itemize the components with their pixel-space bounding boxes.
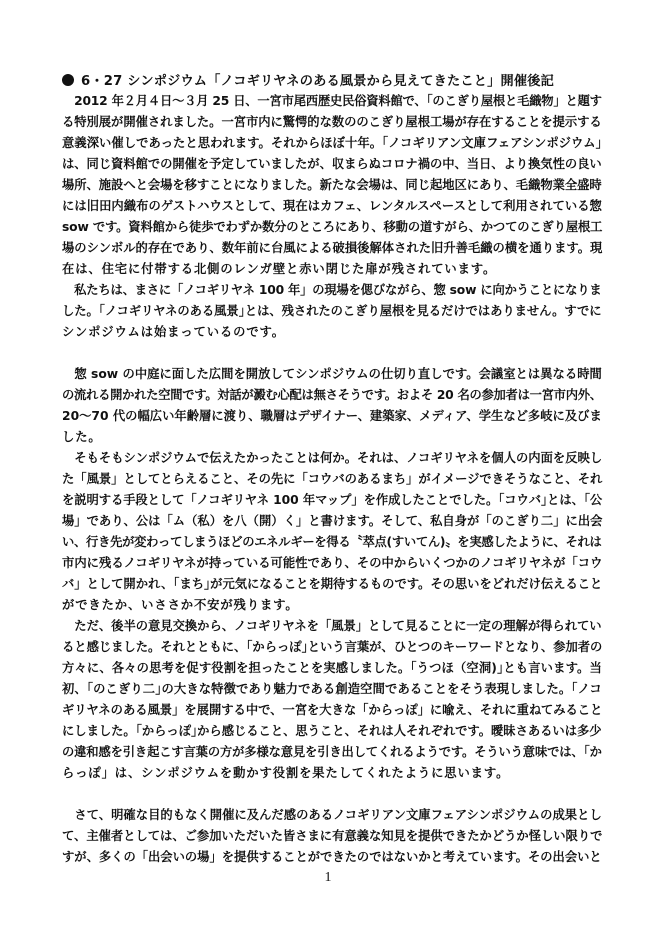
paragraph-line: した。｢ノコギリヤネのある風景｣とは、残されたのこぎり屋根を見るだけではありませ… — [62, 303, 602, 319]
paragraph-line: sow です。資料館から徒歩でわずか数分のところにあり、移動の道すがら、かつての… — [62, 219, 602, 235]
paragraph-line: は、同じ資料館での開催を予定していましたが、収まらぬコロナ禍の中、当日、より換気… — [62, 156, 602, 172]
paragraph-line: さて、明確な目的もなく開催に及んだ感のあるノコギリアン文庫フェアシンポジウムの成… — [62, 807, 602, 823]
paragraph-line: には旧田内織布のゲストハウスとして、現在はカフェ、レンタルスペースとして利用され… — [62, 198, 602, 214]
paragraph-line: ると感じました。それとともに、｢からっぽ｣という言葉が、ひとつのキーワードとなり… — [62, 639, 602, 655]
paragraph-line: 市内に残るノコギリヤネが持っている可能性であり、その中からいくつかのノコギリヤネ… — [62, 555, 602, 571]
paragraph-line: 私たちは、まさに「ノコギリヤネ 100 年」の現場を偲びながら、惣 sow に向… — [62, 282, 602, 298]
paragraph-line: ただ、後半の意見交換から、ノコギリヤネを「風景」として見ることに一定の理解が得ら… — [62, 618, 602, 634]
paragraph-line: 2012 年２月４日～３月 25 日、一宮市尾西歴史民俗資料館で、「のこぎり屋根… — [62, 93, 602, 109]
paragraph-line: ギリヤネのある風景」を展開する中で、一宮を大きな「からっぽ」に喩え、それに重ねて… — [62, 702, 602, 718]
paragraph-line: シンポジウムは始まっているのです。 — [62, 324, 602, 340]
paragraph-line: い、行き先が変わってしまうほどのエネルギーを得る〝萃点(すいてん)〟を実感したよ… — [62, 534, 602, 550]
title-text: 6・27 シンポジウム「ノコギリヤネのある風景から見えてきたこと」開催後記 — [81, 74, 554, 89]
paragraph-line: 場所、施設へと会場を移すことになりました。新たな会場は、同じ起地区にあり、毛織物… — [62, 177, 602, 193]
paragraph-line: した。 — [62, 429, 602, 445]
document-title: 6・27 シンポジウム「ノコギリヤネのある風景から見えてきたこと」開催後記 — [62, 70, 554, 89]
document-page: 6・27 シンポジウム「ノコギリヤネのある風景から見えてきたこと」開催後記 20… — [0, 0, 656, 926]
paragraph-line: にしました。｢からっぽ｣から感じること、思うこと、それは人それぞれです。曖昧さあ… — [62, 723, 602, 739]
bullet-icon — [62, 74, 74, 86]
paragraph-line: 惣 sow の中庭に面した広間を開放してシンポジウムの仕切り直しです。会議室とは… — [62, 366, 602, 382]
paragraph-line: 方々に、各々の思考を促す役割を担ったことを実感しました。｢うつほ（空洞)｣とも言… — [62, 660, 602, 676]
paragraph-line: を説明する手段として「ノコギリヤネ 100 年マップ」を作成したことでした。｢コ… — [62, 492, 602, 508]
paragraph-line: 場」であり、公は「ム（私）を八（開）く」と書けます。そして、私自身が「のこぎり二… — [62, 513, 602, 529]
paragraph-line: らっぽ」は、シンポジウムを動かす役割を果たしてくれたように思います。 — [62, 765, 602, 781]
paragraph-line: すが、多くの「出会いの場」を提供することができたのではないかと考えています。その… — [62, 849, 602, 865]
paragraph-line: バ」として開かれ、｢まち｣が元気になることを期待するものです。その思いをどれだけ… — [62, 576, 602, 592]
paragraph-line: 初、｢のこぎり二｣の大きな特徴であり魅力である創造空間であることをそう表現しまし… — [62, 681, 602, 697]
paragraph-line: の違和感を引き起こす言葉の方が多様な意見を引き出してくれるようです。そういう意味… — [62, 744, 602, 760]
paragraph-line: の流れる開かれた空間です。対話が澱む心配は無さそうです。およそ 20 名の参加者… — [62, 387, 602, 403]
paragraph-line: 場のシンボル的存在であり、数年前に台風による破損後解体された旧升善毛織の横を通り… — [62, 240, 602, 256]
paragraph-line: 在は、住宅に付帯する北側のレンガ壁と赤い閉じた扉が残されています。 — [62, 261, 602, 277]
paragraph-line: ができたか、いささか不安が残ります。 — [62, 597, 602, 613]
page-number: 1 — [0, 870, 656, 886]
paragraph-line: 20～70 代の幅広い年齢層に渡り、職層はデザイナー、建築家、メディア、学生など… — [62, 408, 602, 424]
paragraph-line: 意義深い催しであったと思われます。それからほぼ十年。｢ノコギリアン文庫フェアシン… — [62, 135, 602, 151]
paragraph-line: そもそもシンポジウムで伝えたかったことは何か。それは、ノコギリヤネを個人の内面を… — [62, 450, 602, 466]
paragraph-line: て、主催者としては、ご参加いただいた皆さまに有意義な知見を提供できたかどうか怪し… — [62, 828, 602, 844]
paragraph-line: た「風景」としてとらえること、その先に「コウバのあるまち」がイメージできそうなこ… — [62, 471, 602, 487]
paragraph-line: る特別展が開催されました。一宮市内に驚愕的な数ののこぎり屋根工場が存在することを… — [62, 114, 602, 130]
